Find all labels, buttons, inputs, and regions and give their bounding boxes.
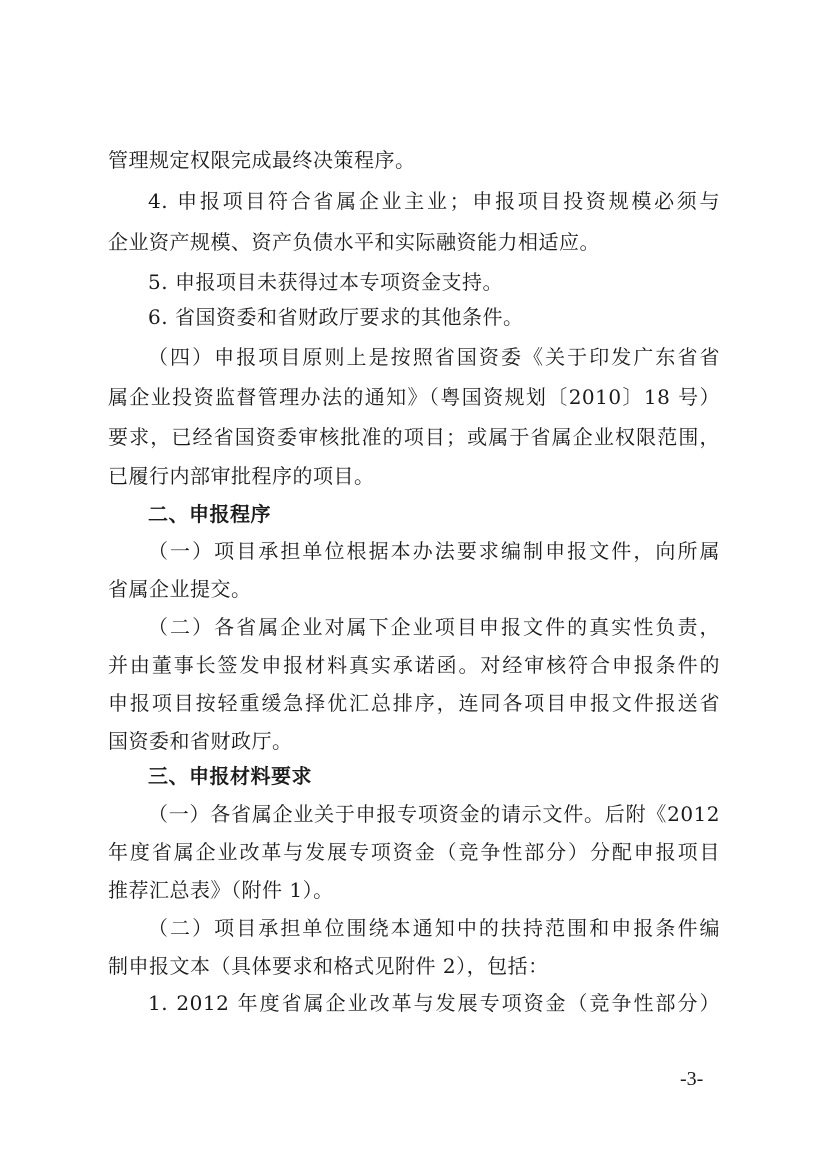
text-line: 企业资产规模、资产负债水平和实际融资能力相适应。 (108, 228, 720, 256)
text-line: 制申报文本（具体要求和格式见附件 2），包括： (108, 952, 720, 980)
text-line: 5. 申报项目未获得过本专项资金支持。 (148, 268, 720, 296)
text-line: （一）项目承担单位根据本办法要求编制申报文件，向所属 (148, 537, 720, 565)
text-line: （二）项目承担单位围绕本通知中的扶持范围和申报条件编 (148, 914, 720, 942)
text-line: 4. 申报项目符合省属企业主业；申报项目投资规模必须与 (148, 187, 720, 215)
text-line: 国资委和省财政厅。 (108, 727, 720, 755)
document-page: 管理规定权限完成最终决策程序。 4. 申报项目符合省属企业主业；申报项目投资规模… (0, 0, 827, 1169)
text-line: （二）各省属企业对属下企业项目申报文件的真实性负责， (148, 613, 720, 641)
text-line: 6. 省国资委和省财政厅要求的其他条件。 (148, 303, 720, 331)
text-line: 年度省属企业改革与发展专项资金（竞争性部分）分配申报项目 (108, 838, 720, 866)
text-line: 已履行内部审批程序的项目。 (108, 462, 720, 490)
text-line: 推荐汇总表》（附件 1）。 (108, 876, 720, 904)
text-line: （一）各省属企业关于申报专项资金的请示文件。后附《2012 (148, 800, 720, 828)
text-line: 要求，已经省国资委审核批准的项目；或属于省属企业权限范围， (108, 423, 720, 451)
page-number: -3- (680, 1068, 703, 1091)
section-heading: 三、申报材料要求 (148, 762, 720, 790)
text-line: 申报项目按轻重缓急择优汇总排序，连同各项目申报文件报送省 (108, 689, 720, 717)
section-heading: 二、申报程序 (148, 500, 720, 528)
text-line: 并由董事长签发申报材料真实承诺函。对经审核符合申报条件的 (108, 651, 720, 679)
text-line: 1. 2012 年度省属企业改革与发展专项资金（竞争性部分） (148, 989, 720, 1017)
text-line: 属企业投资监督管理办法的通知》（粤国资规划〔2010〕18 号） (108, 383, 720, 411)
text-line: 省属企业提交。 (108, 575, 720, 603)
text-line: （四）申报项目原则上是按照省国资委《关于印发广东省省 (148, 343, 720, 371)
text-line: 管理规定权限完成最终决策程序。 (108, 146, 720, 174)
